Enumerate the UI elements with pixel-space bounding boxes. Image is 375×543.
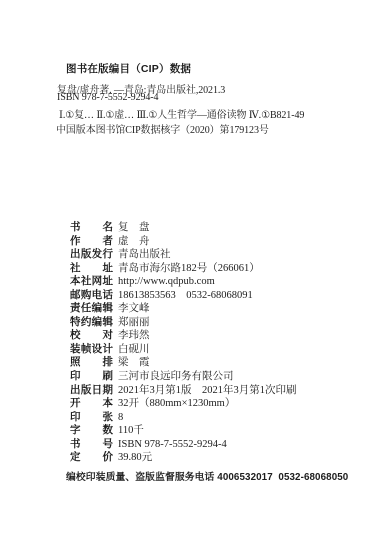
- table-row-printer: 印刷 三河市良远印务有限公司: [70, 370, 297, 384]
- copyright-page: 图书在版编目（CIP）数据 复盘/虚舟著. —青岛:青岛出版社,2021.3 I…: [0, 0, 375, 543]
- cip-isbn-line: ISBN 978-7-5552-9294-4: [57, 92, 158, 103]
- row-label: 特约编辑: [70, 316, 113, 330]
- row-value: 青岛出版社: [118, 248, 171, 262]
- row-value: 2021年3月第1版 2021年3月第1次印刷: [118, 384, 297, 398]
- row-value: 复 盘: [118, 221, 150, 235]
- table-row-book-title: 书名 复 盘: [70, 221, 297, 235]
- row-value: 郑丽丽: [118, 316, 150, 330]
- cip-heading: 图书在版编目（CIP）数据: [66, 61, 191, 76]
- row-value: 39.80元: [118, 451, 152, 465]
- table-row-word-count: 字数 110千: [70, 424, 297, 438]
- row-value: 110千: [118, 424, 144, 438]
- row-value: 虚 舟: [118, 235, 150, 249]
- row-label: 开本: [70, 397, 113, 411]
- table-row-isbn: 书号 ISBN 978-7-5552-9294-4: [70, 438, 297, 452]
- row-value: http://www.qdpub.com: [118, 275, 215, 289]
- row-label: 校对: [70, 329, 113, 343]
- row-value: 三河市良远印务有限公司: [118, 370, 234, 384]
- quality-hotline-line: 编校印装质量、盗版监督服务电话 4006532017 0532-68068050: [66, 469, 348, 483]
- table-row-format: 开本 32开（880mm×1230mm）: [70, 397, 297, 411]
- row-label: 印张: [70, 411, 113, 425]
- table-row-price: 定价 39.80元: [70, 451, 297, 465]
- table-row-chief-editor: 责任编辑 李文峰: [70, 302, 297, 316]
- row-label: 本社网址: [70, 275, 113, 289]
- row-label: 出版发行: [70, 248, 113, 262]
- table-row-website: 本社网址 http://www.qdpub.com: [70, 275, 297, 289]
- row-label: 书号: [70, 438, 113, 452]
- table-row-order-phone: 邮购电话 18613853563 0532-68068091: [70, 289, 297, 303]
- cip-classification-line: Ⅰ.①复… Ⅱ.①虚… Ⅲ.①人生哲学—通俗读物 Ⅳ.①B821-49: [59, 106, 304, 121]
- row-label: 装帧设计: [70, 343, 113, 357]
- cip-record-number-line: 中国版本图书馆CIP数据核字（2020）第179123号: [56, 121, 269, 136]
- table-row-address: 社址 青岛市海尔路182号（266061）: [70, 262, 297, 276]
- table-row-designer: 装帧设计 白砚川: [70, 343, 297, 357]
- row-label: 字数: [70, 424, 113, 438]
- row-label: 责任编辑: [70, 302, 113, 316]
- table-row-typesetting: 照排 梁 霞: [70, 356, 297, 370]
- row-value: ISBN 978-7-5552-9294-4: [118, 438, 227, 452]
- row-label: 社址: [70, 262, 113, 276]
- row-value: 李玮然: [118, 329, 150, 343]
- row-label: 出版日期: [70, 384, 113, 398]
- row-value: 32开（880mm×1230mm）: [118, 397, 235, 411]
- row-label: 作者: [70, 235, 113, 249]
- table-row-pub-date: 出版日期 2021年3月第1版 2021年3月第1次印刷: [70, 384, 297, 398]
- row-label: 印刷: [70, 370, 113, 384]
- row-value: 白砚川: [118, 343, 150, 357]
- row-value: 18613853563 0532-68068091: [118, 289, 253, 303]
- table-row-sheets: 印张 8: [70, 411, 297, 425]
- table-row-publisher: 出版发行 青岛出版社: [70, 248, 297, 262]
- row-value: 8: [118, 411, 123, 425]
- table-row-author: 作者 虚 舟: [70, 235, 297, 249]
- row-label: 定价: [70, 451, 113, 465]
- row-label: 照排: [70, 356, 113, 370]
- table-row-proofreader: 校对 李玮然: [70, 329, 297, 343]
- table-row-special-editor: 特约编辑 郑丽丽: [70, 316, 297, 330]
- row-label: 书名: [70, 221, 113, 235]
- publication-info-table: 书名 复 盘 作者 虚 舟 出版发行 青岛出版社 社址 青岛市海尔路182号（2…: [70, 221, 297, 465]
- row-value: 青岛市海尔路182号（266061）: [118, 262, 260, 276]
- row-value: 李文峰: [118, 302, 150, 316]
- row-label: 邮购电话: [70, 289, 113, 303]
- row-value: 梁 霞: [118, 356, 150, 370]
